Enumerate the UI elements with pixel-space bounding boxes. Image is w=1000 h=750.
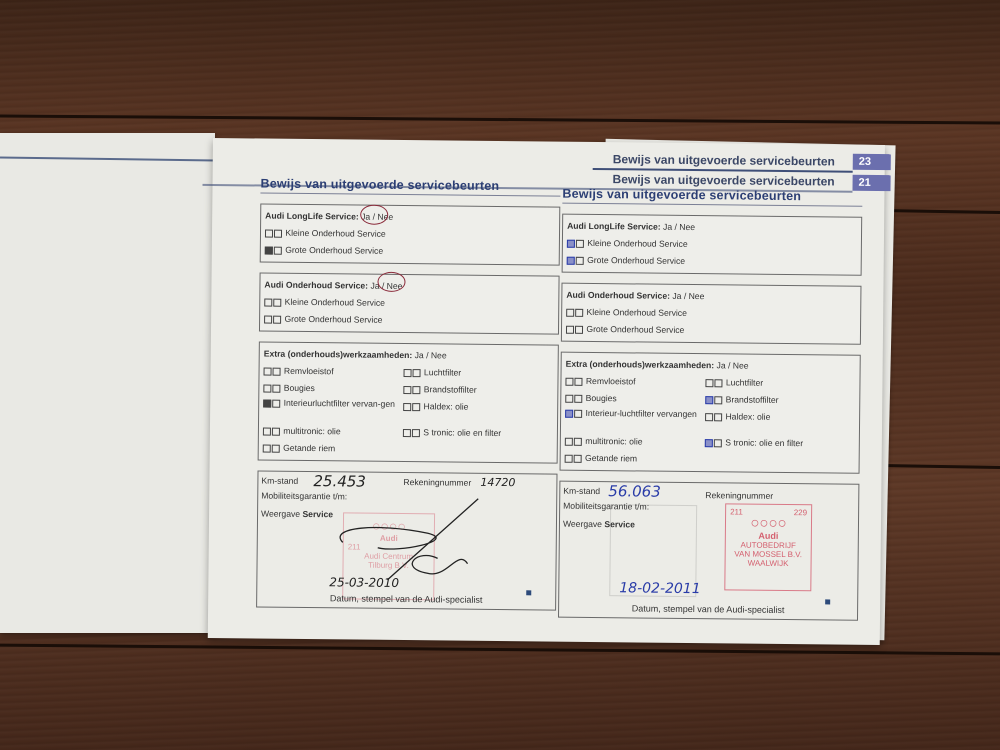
checkbox-item[interactable]: Interieurluchtfilter vervan-gen	[263, 397, 403, 424]
service-form-2: Bewijs van uitgevoerde servicebeurten Au…	[558, 187, 862, 621]
checkbox-item[interactable]: Brandstoffilter	[705, 391, 855, 410]
section-marker	[825, 599, 830, 604]
checkbox-item[interactable]: Grote Onderhoud Service	[264, 311, 554, 331]
checkbox-item[interactable]: Bougies	[263, 380, 403, 398]
dealer-stamp: 211229 ○○○○ Audi AUTOBEDRIJF VAN MOSSEL …	[724, 503, 812, 591]
footer-label: Datum, stempel van de Audi-specialist	[257, 592, 555, 605]
extra-section: Extra (onderhouds)werkzaamheden: Ja / Ne…	[560, 352, 861, 474]
onderhoud-section: Audi Onderhoud Service: Ja / Nee Kleine …	[561, 283, 862, 345]
record-section: Km-stand 25.453 Rekeningnummer 14720 Mob…	[256, 470, 557, 610]
checkbox-item[interactable]: Interieur-luchtfilter vervangen	[565, 407, 705, 434]
checkbox-item[interactable]: multitronic: olie	[263, 423, 403, 441]
checkbox-item[interactable]: Remvloeistof	[565, 373, 705, 391]
footer-label: Datum, stempel van de Audi-specialist	[559, 603, 857, 616]
form-title: Bewijs van uitgevoerde servicebeurten	[562, 187, 862, 207]
longlife-section: Audi LongLife Service: Ja / Nee Kleine O…	[562, 214, 863, 276]
selection-circle-nee	[377, 272, 405, 292]
onderhoud-section: Audi Onderhoud Service: Ja / Nee Kleine …	[259, 272, 560, 334]
running-header-21: Bewijs van uitgevoerde servicebeurten	[613, 172, 835, 188]
checkbox-item[interactable]: Haldex: olie	[705, 408, 855, 427]
selection-circle-ja	[360, 205, 388, 225]
service-form-1: Bewijs van uitgevoerde servicebeurten Au…	[256, 177, 560, 611]
checkbox-item[interactable]: Luchtfilter	[705, 374, 855, 393]
handwritten-date: 25-03-2010	[329, 575, 399, 590]
page-number-21: 21	[852, 175, 890, 191]
checkbox-item[interactable]: Grote Onderhoud Service	[567, 252, 857, 272]
invoice-value: 14720	[480, 476, 515, 489]
checkbox-item[interactable]: Brandstoffilter	[403, 381, 553, 400]
km-value: 56.063	[608, 482, 661, 501]
audi-rings-icon: ○○○○	[726, 516, 811, 531]
checkbox-item[interactable]: Getande riem	[565, 450, 705, 468]
record-section: Km-stand 56.063 Rekeningnummer Mobilitei…	[558, 481, 859, 621]
longlife-label: Audi LongLife Service:	[265, 211, 359, 222]
checkbox-item[interactable]: Grote Onderhoud Service	[566, 321, 856, 341]
checkbox-item[interactable]: S tronic: olie en filter	[403, 424, 553, 443]
checkbox-item[interactable]: Remvloeistof	[263, 363, 403, 381]
longlife-section: Audi LongLife Service: Ja / Nee Kleine O…	[260, 203, 561, 265]
section-marker	[526, 590, 531, 595]
checkbox-item[interactable]: Haldex: olie	[403, 398, 553, 417]
signature	[317, 487, 498, 589]
checkbox-item[interactable]: S tronic: olie en filter	[705, 434, 855, 453]
checkbox-item[interactable]: Bougies	[565, 390, 705, 408]
checkbox-item[interactable]: Grote Onderhoud Service	[265, 242, 555, 262]
checkbox-item[interactable]: Getande riem	[263, 440, 403, 458]
handwritten-date: 18-02-2011	[619, 580, 701, 597]
checkbox-item[interactable]: Luchtfilter	[403, 364, 553, 383]
form-title: Bewijs van uitgevoerde servicebeurten	[260, 177, 560, 197]
service-record-page: Bewijs van uitgevoerde servicebeurten 23…	[208, 138, 885, 645]
checkbox-item[interactable]: multitronic: olie	[565, 433, 705, 451]
running-header-23: Bewijs van uitgevoerde servicebeurten	[613, 152, 835, 168]
left-blank-page	[0, 133, 215, 633]
page-number-23: 23	[853, 154, 891, 170]
extra-section: Extra (onderhouds)werkzaamheden: Ja / Ne…	[258, 341, 559, 463]
